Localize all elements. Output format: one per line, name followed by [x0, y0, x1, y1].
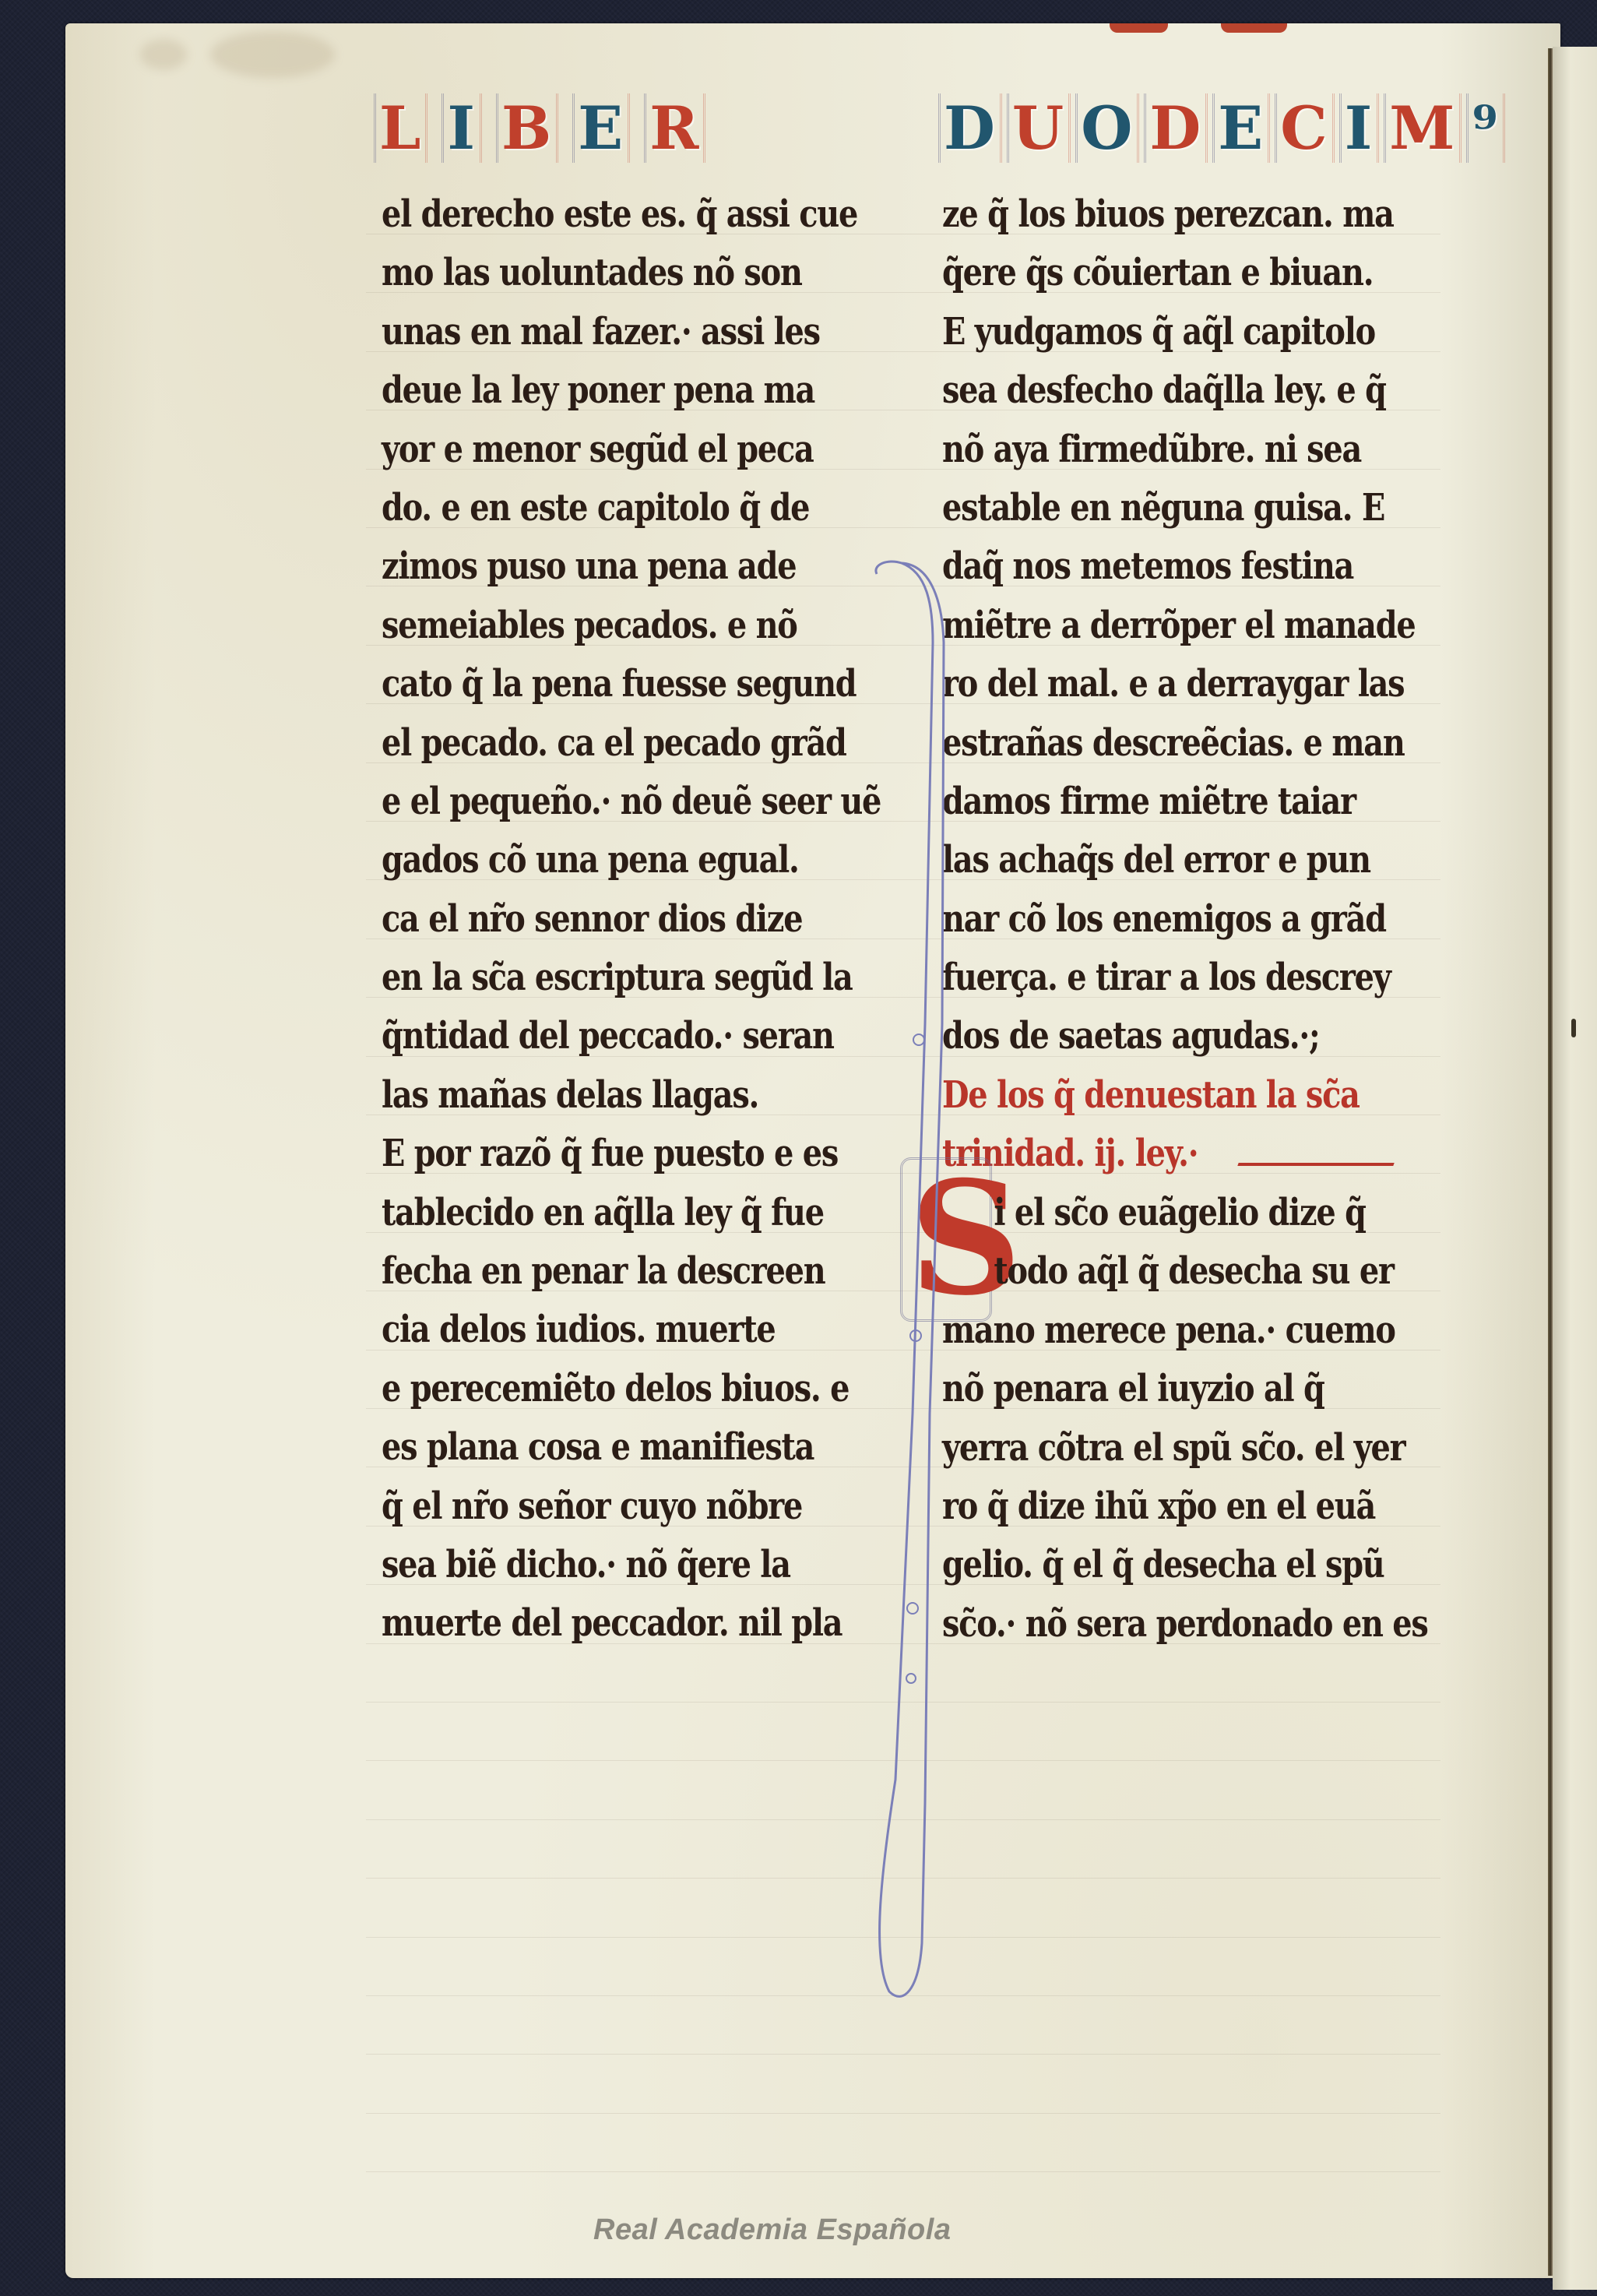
text-line: las mañas delas llagas. [382, 1066, 795, 1125]
text-line: ca el nr̃o sennor dios dize [382, 890, 795, 949]
text-line: el pecado. ca el pecado grãd [382, 714, 795, 773]
text-line: e perecemiẽto delos biuos. e [382, 1360, 795, 1418]
text-line: las achaq̃s del error e pun [942, 831, 1356, 889]
institution-watermark: Real Academia Española [593, 2213, 951, 2247]
rubric-line: De los q̃ denuestan la sc̃a [942, 1066, 1356, 1125]
text-line: q̃ere q̃s cõuiertan e biuan. [942, 244, 1356, 302]
header-initial-letter: L [374, 93, 427, 163]
header-initial-letter: E [1212, 93, 1270, 163]
header-initial-letter: R [644, 93, 705, 163]
text-line: unas en mal fazer.· assi les [382, 303, 795, 361]
left-text-column: el derecho este es. q̃ assi cuemo las uo… [382, 185, 795, 1653]
text-line: muerte del peccador. nil pla [382, 1594, 795, 1653]
ruling-line [366, 2113, 1440, 2114]
running-header-left: LIBER [374, 93, 705, 163]
text-line: yor e menor segũd el peca [382, 421, 795, 479]
parchment-stain [210, 31, 335, 78]
text-line: fecha en penar la descreen [382, 1242, 795, 1301]
header-initial-letter: D [1144, 93, 1208, 163]
text-line: daq̃ nos metemos festina [942, 537, 1356, 596]
text-line: E yudgamos q̃ aq̃l capitolo [942, 303, 1356, 361]
text-line: gelio. q̃ el q̃ desecha el spũ [942, 1536, 1356, 1594]
header-initial-letter: M [1384, 93, 1462, 163]
header-initial-letter: B [496, 93, 558, 163]
header-initial-letter: U [1007, 93, 1071, 163]
facing-page-mark [1571, 1019, 1576, 1037]
text-line: el derecho este es. q̃ assi cue [382, 185, 795, 244]
text-line: mo las uoluntades nõ son [382, 244, 795, 302]
text-line: sea desfecho daq̃lla ley. e q̃ [942, 361, 1356, 420]
header-initial-letter: I [441, 93, 482, 163]
text-line: fuerça. e tirar a los descrey [942, 949, 1356, 1007]
text-line: estrañas descreẽcias. e man [942, 714, 1356, 773]
text-line: nõ aya firmedũbre. ni sea [942, 421, 1356, 479]
text-line: miẽtre a derrõper el manade [942, 597, 1356, 655]
text-line: sc̃o.· nõ sera perdonado en es [942, 1595, 1356, 1653]
binding-gutter [1548, 48, 1553, 2276]
facing-page-edge [1553, 47, 1597, 2290]
header-initial-letter: I [1339, 93, 1380, 163]
red-ornament-trace-2 [1221, 23, 1287, 33]
text-line: gados cõ una pena egual. [382, 831, 795, 889]
text-line: yerra cõtra el spũ sc̃o. el yer [942, 1419, 1356, 1477]
text-line: todo aq̃l q̃ desecha su er [942, 1242, 1356, 1301]
header-initial-letter: ⁹ [1466, 93, 1504, 163]
text-line: semeiables pecados. e nõ [382, 597, 795, 655]
text-line: estable en nẽguna guisa. E [942, 479, 1356, 537]
text-line: i el sc̃o euãgelio dize q̃ [942, 1184, 1356, 1242]
text-line: en la sc̃a escriptura segũd la [382, 949, 795, 1007]
text-line: E por razõ q̃ fue puesto e es [382, 1125, 795, 1183]
text-line: sea biẽ dicho.· nõ q̃ere la [382, 1536, 795, 1594]
text-line: nar cõ los enemigos a grãd [942, 890, 1356, 949]
text-line: tablecido en aq̃lla ley q̃ fue [382, 1184, 795, 1242]
text-line: cato q̃ la pena fuesse segund [382, 655, 795, 713]
header-initial-letter: O [1075, 93, 1139, 163]
running-header-right: DUODECIM⁹ [938, 93, 1505, 163]
pen-flourish-ornament [841, 557, 958, 2005]
text-line: mano merece pena.· cuemo [942, 1301, 1356, 1360]
text-line: zimos puso una pena ade [382, 537, 795, 596]
header-initial-letter: D [938, 93, 1002, 163]
header-initial-letter: C [1275, 93, 1335, 163]
rubric-line-filler [1237, 1163, 1394, 1166]
text-line: damos firme miẽtre taiar [942, 773, 1356, 831]
text-line: deue la ley poner pena ma [382, 361, 795, 420]
text-line: q̃ntidad del peccado.· seran [382, 1007, 795, 1065]
parchment-stain [140, 39, 187, 70]
ruling-line [366, 2054, 1440, 2055]
text-line: ro del mal. e a derraygar las [942, 655, 1356, 713]
text-line: do. e en este capitolo q̃ de [382, 479, 795, 537]
text-line: ro q̃ dize ihũ xp̃o en el euã [942, 1477, 1356, 1536]
text-line: dos de saetas agudas.·; [942, 1007, 1356, 1065]
text-line: q̃ el nr̃o señor cuyo nõbre [382, 1477, 795, 1536]
red-ornament-trace-1 [1110, 23, 1168, 33]
text-line: e el pequeño.· nõ deuẽ seer uẽ [382, 773, 795, 831]
ruling-line [366, 2171, 1440, 2172]
right-text-column: ze q̃ los biuos perezcan. maq̃ere q̃s cõ… [942, 185, 1356, 1066]
law-text-column: i el sc̃o euãgelio dize q̃todo aq̃l q̃ d… [942, 1184, 1356, 1653]
text-line: cia delos iudios. muerte [382, 1301, 795, 1359]
text-line: nõ penara el iuyzio al q̃ [942, 1360, 1356, 1418]
text-line: ze q̃ los biuos perezcan. ma [942, 185, 1356, 244]
text-line: es plana cosa e manifiesta [382, 1418, 795, 1477]
header-initial-letter: E [572, 93, 630, 163]
